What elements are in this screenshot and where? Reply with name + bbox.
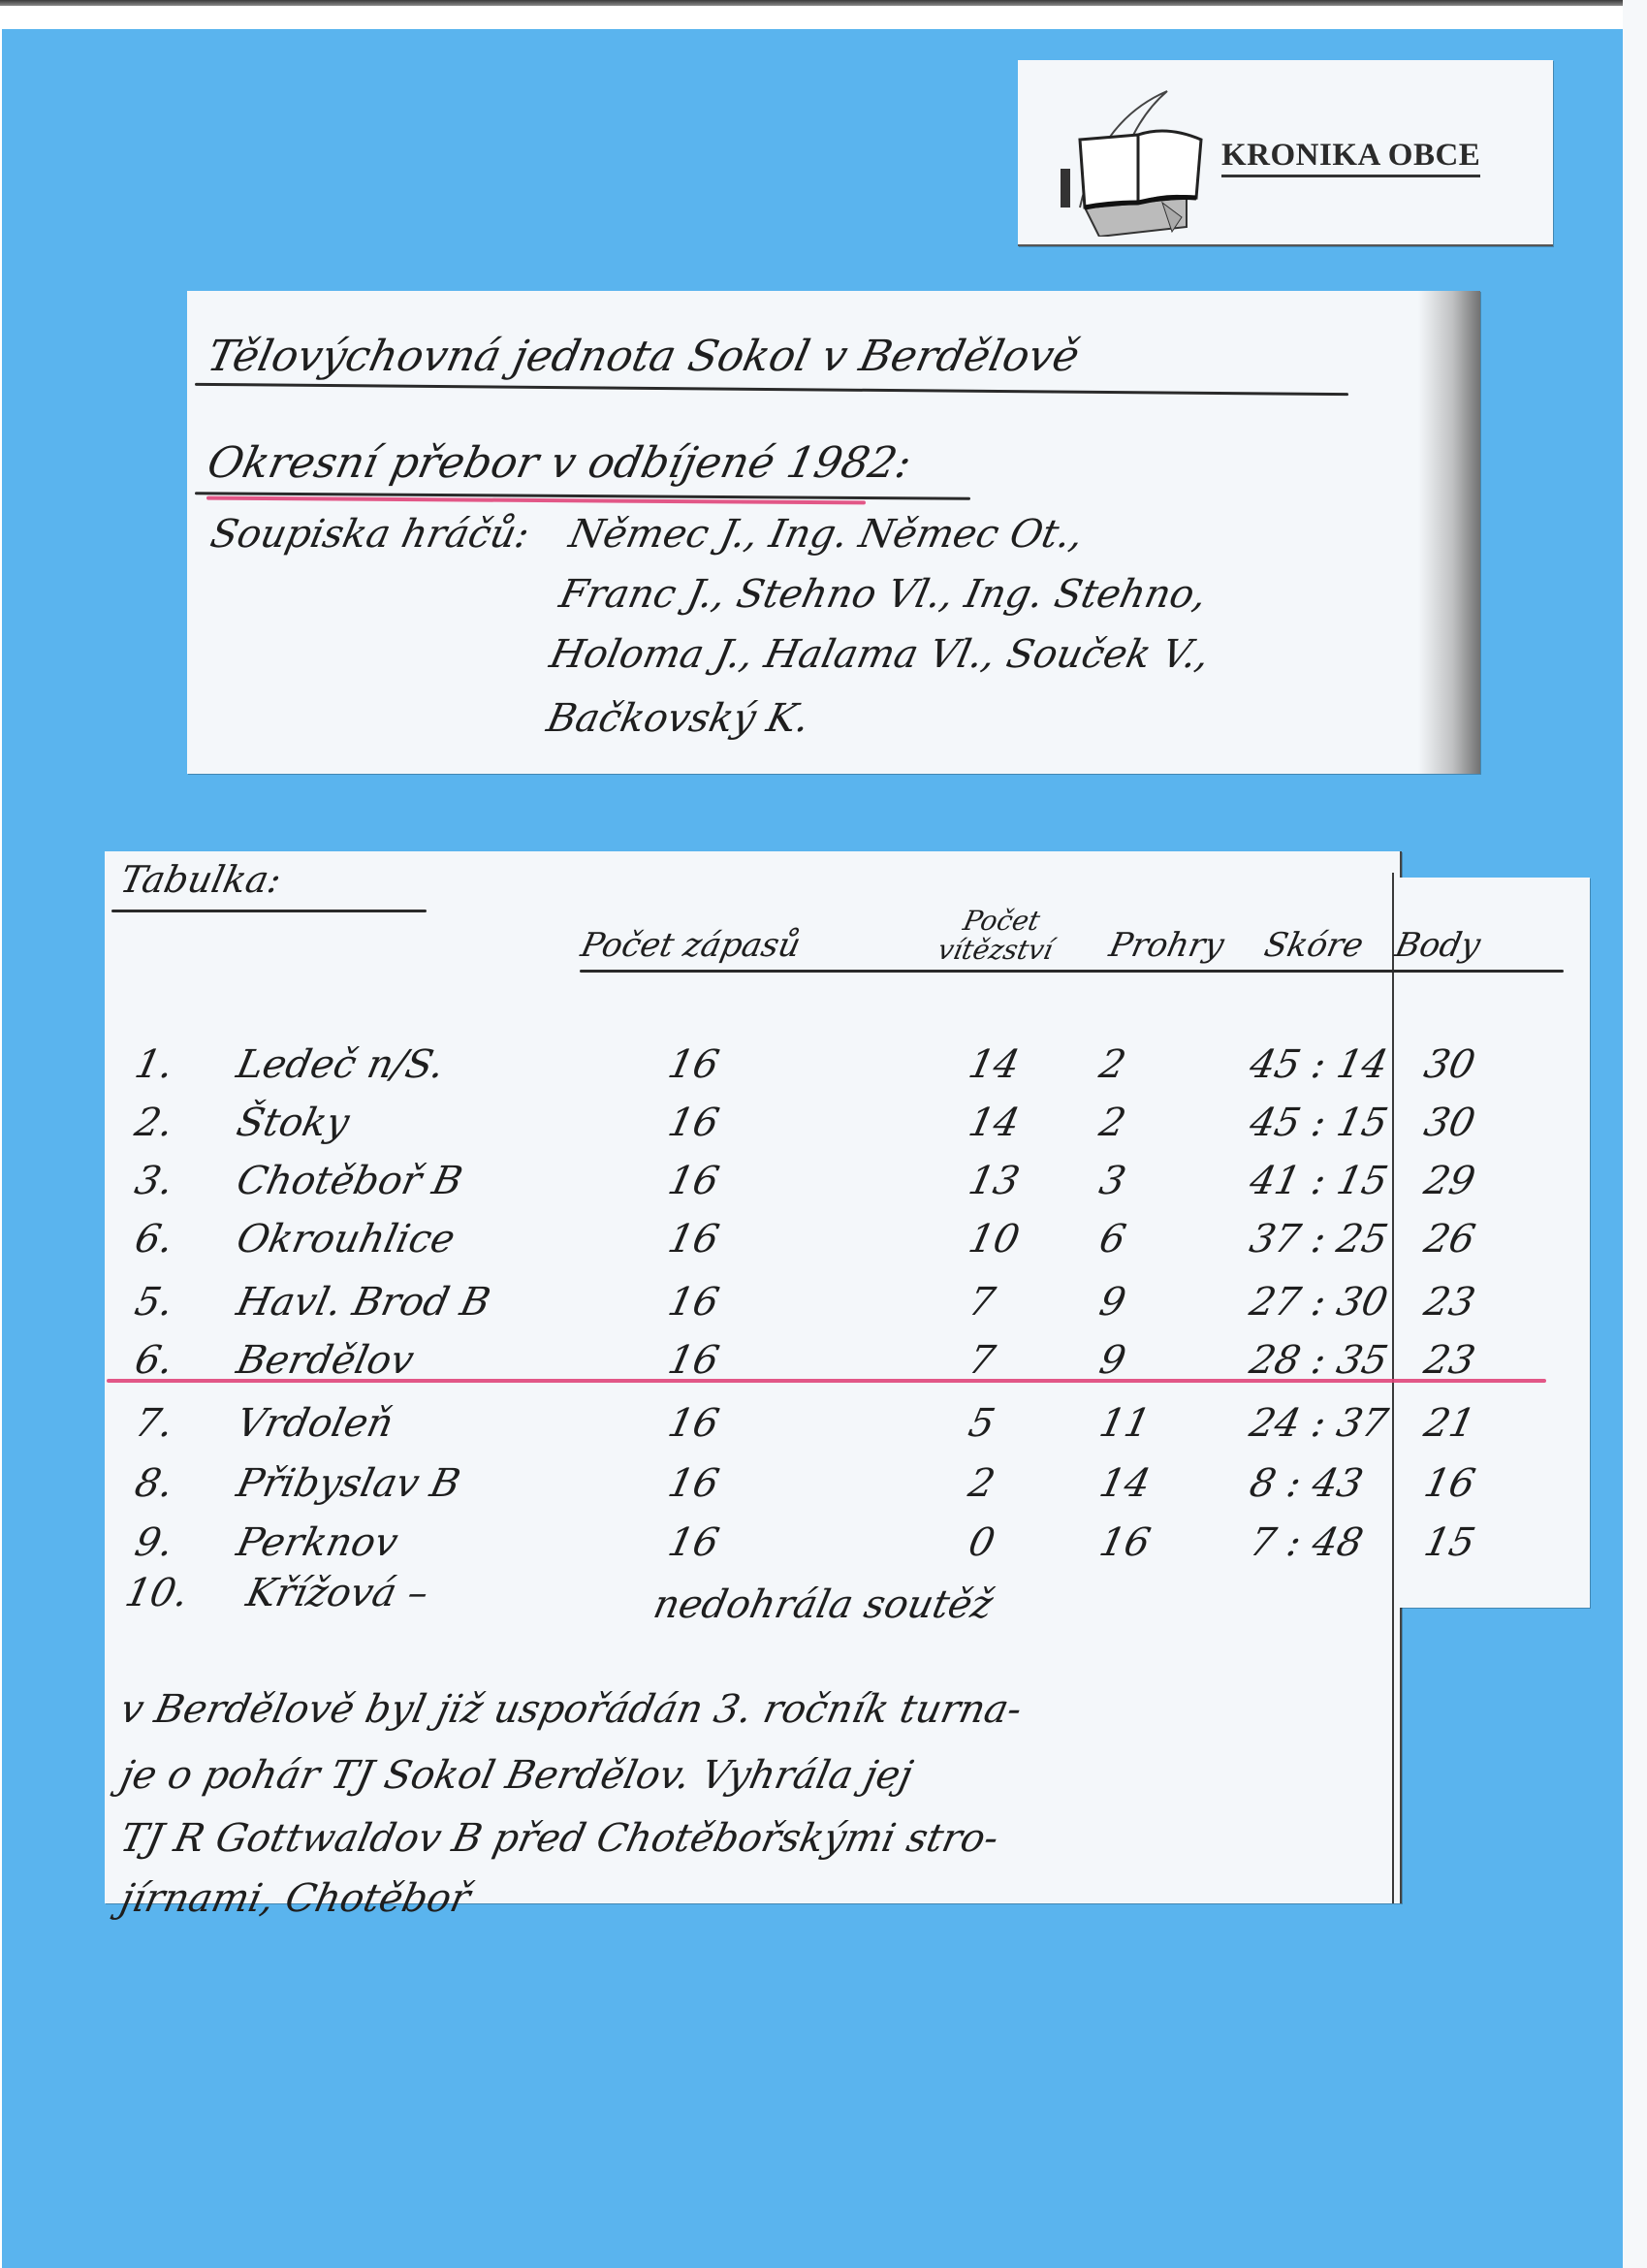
withdrawn-note: nedohrála soutěž — [649, 1582, 997, 1627]
row-matches: 16 — [664, 1159, 723, 1203]
row-losses: 16 — [1095, 1520, 1155, 1565]
scan-right-margin — [1623, 0, 1647, 2268]
paragraph-line: TJ R Gottwaldov B před Chotěbořskými str… — [116, 1816, 1002, 1861]
row-wins: 14 — [965, 1042, 1024, 1087]
row-points: 15 — [1420, 1520, 1479, 1565]
open-book-quill-icon — [1041, 81, 1216, 237]
paragraph-line: jírnami, Chotěboř — [116, 1876, 474, 1921]
row-team: Havl. Brod B — [233, 1280, 494, 1325]
points-column-divider — [1392, 873, 1394, 1903]
row-wins: 13 — [965, 1159, 1024, 1203]
row-points: 30 — [1420, 1042, 1479, 1087]
paragraph-line: je o pohár TJ Sokol Berdělov. Vyhrála je… — [116, 1753, 916, 1798]
row-score: 45 : 14 — [1246, 1042, 1391, 1087]
row-matches: 16 — [664, 1461, 723, 1506]
row-losses: 14 — [1095, 1461, 1155, 1506]
col-header-points: Body — [1392, 926, 1484, 965]
row-matches: 16 — [664, 1338, 723, 1383]
row-matches: 16 — [664, 1217, 723, 1262]
club-heading: Tělovýchovná jednota Sokol v Berdělově — [204, 332, 1084, 381]
table-label: Tabulka: — [116, 858, 285, 901]
withdrawn-rank: 10. — [121, 1571, 192, 1615]
row-losses: 11 — [1095, 1401, 1155, 1446]
row-team: Berdělov — [233, 1338, 418, 1383]
row-matches: 16 — [664, 1042, 723, 1087]
row-points: 26 — [1420, 1217, 1479, 1262]
withdrawn-team: Křížová – — [242, 1571, 432, 1615]
row-points: 21 — [1420, 1401, 1479, 1446]
row-team: Chotěboř B — [233, 1159, 466, 1203]
row-score: 27 : 30 — [1246, 1280, 1391, 1325]
chronicle-logo-card: KRONIKA OBCE — [1018, 60, 1553, 246]
table-header-underline — [580, 970, 1564, 973]
row-score: 41 : 15 — [1246, 1159, 1391, 1203]
row-points: 23 — [1420, 1280, 1479, 1325]
roster-line: Franc J., Stehno Vl., Ing. Stehno, — [555, 572, 1211, 617]
table-red-divider — [107, 1379, 1546, 1383]
row-team: Okrouhlice — [233, 1217, 459, 1262]
roster-line: Holoma J., Halama Vl., Souček V., — [546, 632, 1213, 677]
chronicle-title: KRONIKA OBCE — [1221, 138, 1480, 177]
paragraph-line: v Berdělově byl již uspořádán 3. ročník … — [116, 1687, 1026, 1732]
row-points: 30 — [1420, 1101, 1479, 1145]
roster-label: Soupiska hráčů: — [206, 512, 533, 557]
roster-line: Němec J., Ing. Němec Ot., — [565, 512, 1088, 557]
row-points: 23 — [1420, 1338, 1479, 1383]
row-team: Ledeč n/S. — [233, 1042, 448, 1087]
row-score: 24 : 37 — [1246, 1401, 1391, 1446]
row-wins: 14 — [965, 1101, 1024, 1145]
row-score: 37 : 25 — [1246, 1217, 1391, 1262]
row-team: Vrdoleň — [233, 1401, 397, 1446]
championship-subheading: Okresní přebor v odbíjené 1982: — [204, 438, 916, 488]
row-matches: 16 — [664, 1280, 723, 1325]
table-label-underline — [111, 910, 427, 912]
col-header-losses: Prohry — [1106, 926, 1227, 965]
scan-top-edge — [0, 0, 1647, 6]
row-team: Perknov — [233, 1520, 401, 1565]
row-score: 28 : 35 — [1246, 1338, 1391, 1383]
club-roster-card: Tělovýchovná jednota Sokol v Berdělově O… — [187, 291, 1480, 774]
row-team: Štoky — [233, 1101, 353, 1145]
scan-edge-shadow — [1418, 291, 1480, 774]
row-score: 8 : 43 — [1246, 1461, 1367, 1506]
row-points: 29 — [1420, 1159, 1479, 1203]
roster-line: Bačkovský K. — [543, 696, 813, 741]
row-matches: 16 — [664, 1101, 723, 1145]
col-header-matches: Počet zápasů — [578, 926, 805, 965]
row-matches: 16 — [664, 1401, 723, 1446]
row-matches: 16 — [664, 1520, 723, 1565]
row-team: Přibyslav B — [233, 1461, 464, 1506]
row-score: 45 : 15 — [1246, 1101, 1391, 1145]
col-header-score: Skóre — [1261, 926, 1367, 965]
col-header-wins: Počet vítězství — [920, 907, 1078, 965]
row-points: 16 — [1420, 1461, 1479, 1506]
row-score: 7 : 48 — [1246, 1520, 1367, 1565]
row-wins: 10 — [965, 1217, 1024, 1262]
heading-underline — [195, 383, 1348, 396]
